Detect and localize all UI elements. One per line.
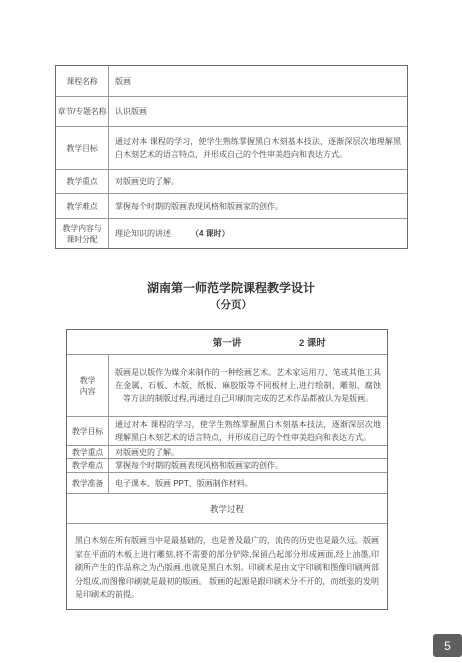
row-value: 认识版画 (109, 97, 407, 126)
document-heading: 湖南第一师范学院课程教学设计 （分页） (0, 279, 462, 312)
row-value: 版画是以版作为媒介来制作的一种绘画艺术。艺术家运用刀、笔或其他工具在金属、石板、… (109, 355, 387, 416)
process-text: 黑白木刻在所有版画当中是最基础的，也是普及最广的，流传的历史也是最久远。版画家在… (67, 523, 387, 609)
course-info-table: 课程名称 版画 章节/专题名称 认识版画 教学目标 通过对本 课程的学习，使学生… (55, 65, 408, 249)
table-row: 章节/专题名称 认识版画 (56, 96, 407, 126)
lecture-title: 第一讲 (213, 335, 242, 349)
scanned-document-page: 课程名称 版画 章节/专题名称 认识版画 教学目标 通过对本 课程的学习，使学生… (0, 0, 462, 663)
process-header-row: 教学过程 (67, 493, 387, 523)
row-value: 通过对本 课程的学习，使学生熟练掌握黑白木刻基本技法，逐渐深层次地理解黑白木刻艺… (109, 127, 407, 169)
content-text: 理论知识的讲述 (115, 227, 171, 240)
table-row: 教学重点 对版画史的了解。 (56, 169, 407, 193)
table-row: 教学内容与 课时分配 理论知识的讲述 （4 课时） (56, 218, 407, 248)
table-row: 教学准备 电子课本、版画 PPT、版画制作材料。 (67, 472, 387, 493)
hours-text: （4 课时） (191, 227, 230, 240)
row-label: 教学难点 (67, 459, 109, 472)
lecture-design-table: 第一讲 2 课时 教学 内容 版画是以版作为媒介来制作的一种绘画艺术。艺术家运用… (66, 329, 388, 610)
row-value: 掌握每个时期的版画表现风格和版画家的创作。 (109, 459, 387, 472)
row-label: 教学内容与 课时分配 (56, 219, 109, 248)
table-row: 教学难点 掌握每个时期的版画表现风格和版画家的创作。 (67, 458, 387, 472)
row-label: 教学准备 (67, 473, 109, 493)
row-label: 教学 内容 (67, 355, 109, 416)
row-value: 版画 (109, 66, 407, 96)
row-label: 教学难点 (56, 194, 109, 218)
row-label: 教学目标 (67, 417, 109, 445)
row-label: 教学重点 (56, 170, 109, 193)
table-row: 教学 内容 版画是以版作为媒介来制作的一种绘画艺术。艺术家运用刀、笔或其他工具在… (67, 354, 387, 416)
row-value: 电子课本、版画 PPT、版画制作材料。 (109, 473, 387, 493)
row-value: 对版画史的了解。 (109, 170, 407, 193)
row-label: 课程名称 (56, 66, 109, 96)
row-value: 通过对本 课程的学习，使学生熟练掌握黑白木刻基本技法，逐渐深层次地理解黑白木刻艺… (109, 417, 387, 445)
doc-title: 湖南第一师范学院课程教学设计 (0, 279, 462, 296)
row-value: 理论知识的讲述 （4 课时） (109, 219, 407, 248)
row-value: 掌握每个时期的版画表现风格和版画家的创作。 (109, 194, 407, 218)
table-row: 教学目标 通过对本 课程的学习，使学生熟练掌握黑白木刻基本技法，逐渐深层次地理解… (56, 126, 407, 169)
lecture-header-row: 第一讲 2 课时 (67, 330, 387, 354)
lecture-hours: 2 课时 (299, 335, 326, 349)
table-row: 教学目标 通过对本 课程的学习，使学生熟练掌握黑白木刻基本技法，逐渐深层次地理解… (67, 416, 387, 445)
row-label: 教学目标 (56, 127, 109, 169)
table-row: 教学难点 掌握每个时期的版画表现风格和版画家的创作。 (56, 193, 407, 218)
row-value: 对版画史的了解。 (109, 446, 387, 458)
row-label: 章节/专题名称 (56, 97, 109, 126)
table-row: 课程名称 版画 (56, 66, 407, 96)
row-label: 教学重点 (67, 446, 109, 458)
table-row: 教学重点 对版画史的了解。 (67, 445, 387, 458)
page-number-badge: 5 (433, 634, 462, 657)
doc-subtitle: （分页） (0, 297, 462, 312)
